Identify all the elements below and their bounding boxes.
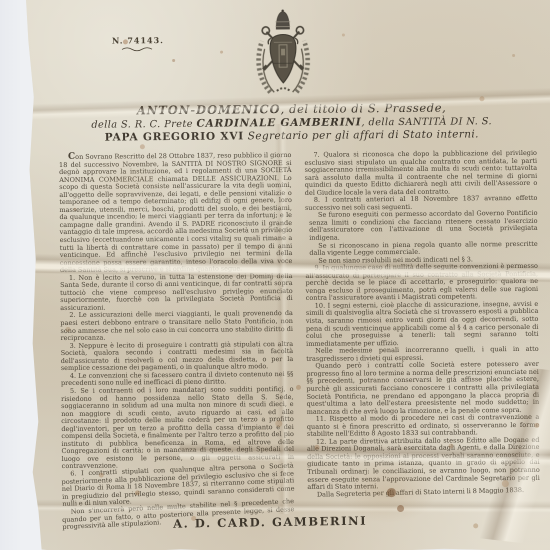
line2-rest: , della SANTITÀ DI N. S. [361,116,492,128]
edict-body: Con Sovrano Rescritto del 28 Ottobre 183… [59,150,540,532]
registry-number-stamp: N. 74143. [112,35,164,51]
paragraph-3: 3. Neppure è lecito di proseguire i cont… [61,341,294,373]
cardinal-title: , del titolo di S. Prassede, [281,101,447,116]
papal-coat-of-arms-icon [250,8,317,101]
stamp-flourish [121,46,155,51]
paragraph-7: 7. Qualora si riconosca che dopo la pubb… [304,150,537,197]
paragraph-10-note-2: Quando però i contratti colle Società es… [306,361,539,416]
document-sheet: N. 74143. [12,0,550,550]
paragraph-11: 11. Rispetto al modo di procedere nei ca… [307,414,540,439]
paragraph-9: 9. In qualunque caso di nullità delle se… [305,263,538,303]
paragraph-2: 2. Le assicurazioni delle merci viaggian… [60,310,293,342]
left-column: Con Sovrano Rescritto del 28 Ottobre 183… [59,152,295,531]
paragraph-intro: Con Sovrano Rescritto del 28 Ottobre 183… [59,152,293,275]
registry-number: N. 74143. [112,35,164,45]
pope-name: PAPA GREGORIO XVI [105,130,244,143]
photo-background: N. 74143. [0,0,550,550]
paragraph-10: 10. I segni esterni, cioè placche di ass… [306,301,539,348]
secretary-title: Segretario per gli affari di Stato inter… [244,128,479,142]
cardinal-name: ANTON-DOMENICO [137,102,281,117]
paragraph-12: 12. La parte direttiva attribuita dallo … [307,437,540,492]
masthead: ANTON-DOMENICO, del titolo di S. Prassed… [43,100,541,144]
cardinal-surname: CARDINALE GAMBERINI [196,116,361,129]
line2-prefix: della S. R. C. Prete [91,119,196,131]
paragraph-1: 1. Non è lecito a veruno, in tutta la es… [60,273,293,313]
right-column: 7. Qualora si riconosca che dopo la pubb… [304,150,540,529]
paragraph-8-case-1: Se furono eseguiti con permesso accordat… [305,210,538,242]
paragraph-5: 5. Se i contraenti od i loro mandatarj s… [61,386,294,471]
